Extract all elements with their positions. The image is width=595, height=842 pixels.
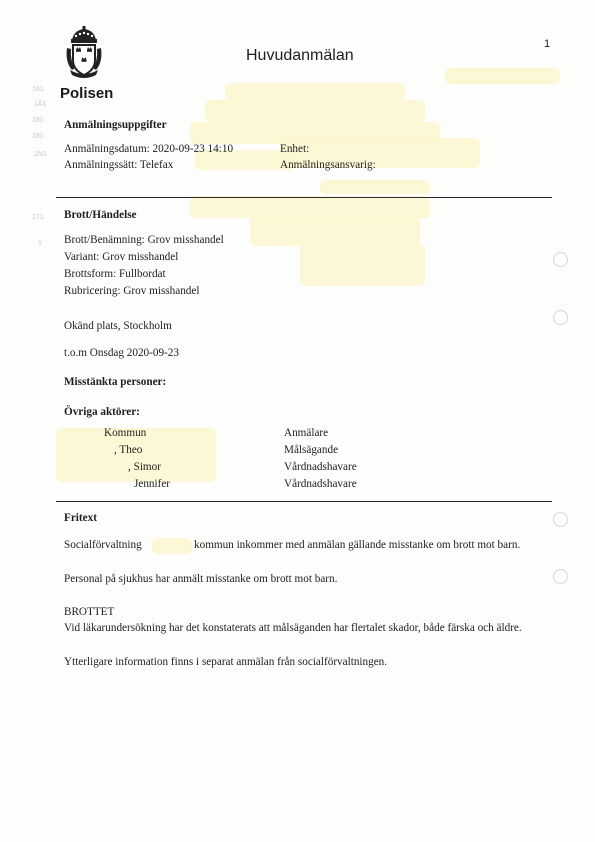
section-heading-anmalningsuppgifter: Anmälningsuppgifter [64, 117, 167, 134]
brott-plats: Okänd plats, Stockholm [64, 318, 172, 335]
anmalningsdatum: Anmälningsdatum: 2020-09-23 14:10 [64, 141, 233, 158]
section-divider [56, 501, 552, 502]
margin-mark: 171 [32, 214, 44, 221]
redaction [445, 68, 560, 84]
ovriga-aktorer-heading: Övriga aktörer: [64, 404, 140, 421]
redaction [320, 180, 430, 194]
page-number: 1 [544, 38, 550, 50]
brott-rubricering: Rubricering: Grov misshandel [64, 283, 199, 300]
aktor-name: Jennifer [134, 476, 170, 493]
fritext-p2: Personal på sjukhus har anmält misstanke… [64, 571, 337, 588]
aktor-name: , Simor [128, 459, 161, 476]
margin-mark: 181 [32, 133, 44, 140]
aktor-role: Vårdnadshavare [284, 459, 357, 476]
aktor-role: Målsägande [284, 442, 338, 459]
redaction [205, 100, 425, 122]
redaction [225, 83, 405, 101]
fritext-p1-start: Socialförvaltning [64, 537, 142, 554]
section-divider [56, 197, 552, 198]
margin-mark: 1 [38, 240, 42, 247]
logo-text: Polisen [60, 85, 113, 102]
punch-hole [553, 252, 568, 267]
fritext-brottet-title: BROTTET [64, 604, 114, 621]
anmalningsansvarig-label: Anmälningsansvarig: [280, 157, 376, 174]
aktor-name: , Theo [114, 442, 142, 459]
margin-mark: 1Å1 [34, 101, 46, 108]
punch-hole [553, 512, 568, 527]
punch-hole [553, 569, 568, 584]
brott-brottsform: Brottsform: Fullbordat [64, 266, 166, 283]
anmalningssatt: Anmälningssätt: Telefax [64, 157, 173, 174]
brott-tid: t.o.m Onsdag 2020-09-23 [64, 345, 179, 362]
fritext-p1-end: kommun inkommer med anmälan gällande mis… [194, 537, 520, 554]
redaction [190, 196, 430, 218]
punch-hole [553, 310, 568, 325]
brott-variant: Variant: Grov misshandel [64, 249, 178, 266]
section-heading-brott: Brott/Händelse [64, 207, 137, 224]
redaction [300, 244, 425, 286]
aktor-role: Vårdnadshavare [284, 476, 357, 493]
police-crest-icon [64, 26, 104, 84]
margin-mark: 1N1 [34, 151, 47, 158]
misstankta-personer-heading: Misstänkta personer: [64, 374, 166, 391]
margin-mark: 181 [32, 117, 44, 124]
aktor-role: Anmälare [284, 425, 328, 442]
redaction [250, 216, 420, 246]
fritext-p3: Vid läkarundersökning har det konstatera… [64, 620, 522, 637]
redaction [152, 538, 192, 554]
brott-benamning: Brott/Benämning: Grov misshandel [64, 232, 224, 249]
enhet-label: Enhet: [280, 141, 309, 158]
aktor-name: Kommun [104, 425, 146, 442]
margin-mark: 161 [32, 86, 44, 93]
page-title: Huvudanmälan [246, 47, 354, 65]
fritext-p4: Ytterligare information finns i separat … [64, 654, 387, 671]
section-heading-fritext: Fritext [64, 510, 97, 527]
